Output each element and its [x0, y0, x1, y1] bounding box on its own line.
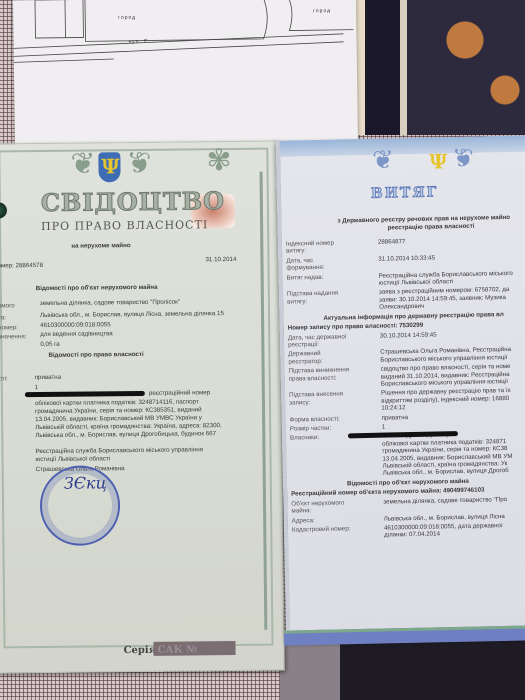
row-label: Витяг надав:: [287, 273, 324, 281]
row-label: сті:: [0, 375, 8, 382]
registry-extract: ❦ ❦ ВИТЯГ з Державного реєстру речових п…: [276, 135, 525, 642]
extract-title: ВИТЯГ: [371, 184, 439, 201]
carpet-background: [355, 0, 525, 135]
certificate-title: СВІДОЦТВО: [41, 186, 225, 217]
row-label: омого: [0, 302, 15, 309]
section-heading: Актуальна інформація про державну реєстр…: [323, 311, 503, 322]
row-value: 4610300000:09:018:0055, дата державної: [384, 522, 503, 531]
object-section-heading: Відомості про об'єкт нерухомого майна: [36, 284, 158, 292]
row-value: земельна ділянка, садове товариство "Про…: [40, 299, 180, 307]
row-label: Дата, час: [286, 257, 313, 265]
row-value: Бориславського міського управління юстиц…: [380, 354, 507, 364]
row-value: ділянки: 07.04.2014: [384, 531, 440, 539]
row-value: 30.10.2014 14:59:45: [380, 331, 437, 339]
row-label: та:: [0, 314, 6, 321]
row-label: права власності:: [289, 374, 337, 382]
signature: ЗЄкц: [64, 473, 107, 492]
row-label: Кадастровий номер:: [292, 525, 351, 533]
row-value: приватна: [382, 414, 409, 422]
row-value: Бориславського міського управління юстиц…: [381, 378, 508, 388]
row-value: Львівська обл., м. Борислав, вулиця Лісн…: [384, 513, 505, 523]
row-value: Львівська обл., м. Борислав, вулиця Дрог…: [383, 467, 509, 477]
map-label: вул. Р...: [128, 38, 154, 45]
series-label: Серія: [123, 645, 156, 656]
coat-of-arms-icon: [98, 152, 120, 182]
row-value: 31.10.2014 10:33:45: [378, 254, 435, 262]
issue-date: 31.10.2014: [205, 256, 236, 263]
row-value: 0,05 га: [40, 341, 59, 348]
map-drawing: [13, 0, 358, 150]
row-label: запису:: [289, 399, 310, 406]
row-label: Об'єкт нерухомого: [291, 499, 344, 507]
corner-ornament-icon: ✾: [206, 146, 231, 176]
laurel-ornament-icon: ❦: [70, 149, 95, 179]
row-label: Розмір частки:: [290, 425, 331, 433]
row-label: Власники:: [290, 434, 319, 442]
row-label: Форма власності:: [290, 415, 340, 423]
row-value: земельна ділянка, садове товариство "Про: [383, 496, 507, 506]
series-value: САК №: [157, 644, 197, 655]
row-value: 10:24:12: [381, 404, 405, 412]
row-value: Олександрович: [379, 303, 424, 311]
issuer-line: юстиції Львівської області: [36, 455, 111, 463]
laurel-ornament-icon: ❦: [452, 143, 474, 174]
row-value: 28864877: [378, 238, 406, 246]
row-label: Підстава внесення: [289, 391, 343, 399]
row-value: для ведення садівництва: [40, 330, 113, 338]
row-label: реєстрації:: [288, 341, 319, 349]
row-label: реєстратор:: [288, 358, 322, 366]
row-label: Дата, час державної: [288, 333, 347, 341]
row-value: 1: [35, 384, 39, 391]
object-type: на нерухоме майно: [71, 242, 130, 250]
map-label: город: [313, 8, 331, 14]
row-value: приватна: [35, 374, 62, 381]
extract-heading: реєстрацію права власності: [388, 223, 475, 232]
row-label: Адреса:: [292, 517, 315, 524]
section-heading: Відомості про об'єкт нерухомого майна: [347, 478, 469, 488]
cadastral-map-sheet: город город вул. Р...: [13, 0, 358, 150]
row-label: Індексний номер: [286, 240, 334, 248]
rights-section-heading: Відомості про право власності: [48, 351, 143, 359]
certificate-subtitle: ПРО ПРАВО ВЛАСНОСТІ: [41, 218, 208, 233]
coat-of-arms-icon: [426, 147, 444, 171]
row-label: формування:: [286, 264, 324, 272]
object-registration-number: Реєстраційний номер об'єкта нерухомого м…: [291, 486, 484, 497]
laurel-ornament-icon: ❦: [372, 144, 394, 175]
row-value: 1: [382, 424, 386, 431]
laurel-ornament-icon: ❦: [126, 149, 151, 179]
row-label: Підстава надання: [287, 290, 338, 298]
row-label: витягу:: [286, 248, 306, 255]
row-value: відкриттям розділу), індексний номер: 16…: [381, 395, 509, 405]
ownership-certificate: ❦ ❦ ✾ СВІДОЦТВО ПРО ПРАВО ВЛАСНОСТІ на н…: [0, 141, 285, 674]
owner-line: реєстраційний номер: [149, 389, 210, 397]
map-label: город: [118, 15, 136, 21]
dark-fabric-background: [280, 640, 525, 700]
row-label: витягу:: [287, 298, 307, 305]
number-label: омер:: [0, 262, 14, 269]
row-value: 4610300000:09:018:0055: [40, 321, 111, 329]
row-value: юстиції Львівської області: [379, 278, 454, 287]
record-number: Номер запису про право власності: 753029…: [288, 321, 424, 331]
row-label: номер:: [0, 324, 18, 331]
row-value: заяви: 30.10.2014 14:59:45, заявник: Муз…: [379, 294, 506, 304]
certificate-number: 28864578: [15, 262, 43, 269]
row-label: значення:: [0, 333, 26, 340]
row-label: майна:: [291, 507, 311, 514]
